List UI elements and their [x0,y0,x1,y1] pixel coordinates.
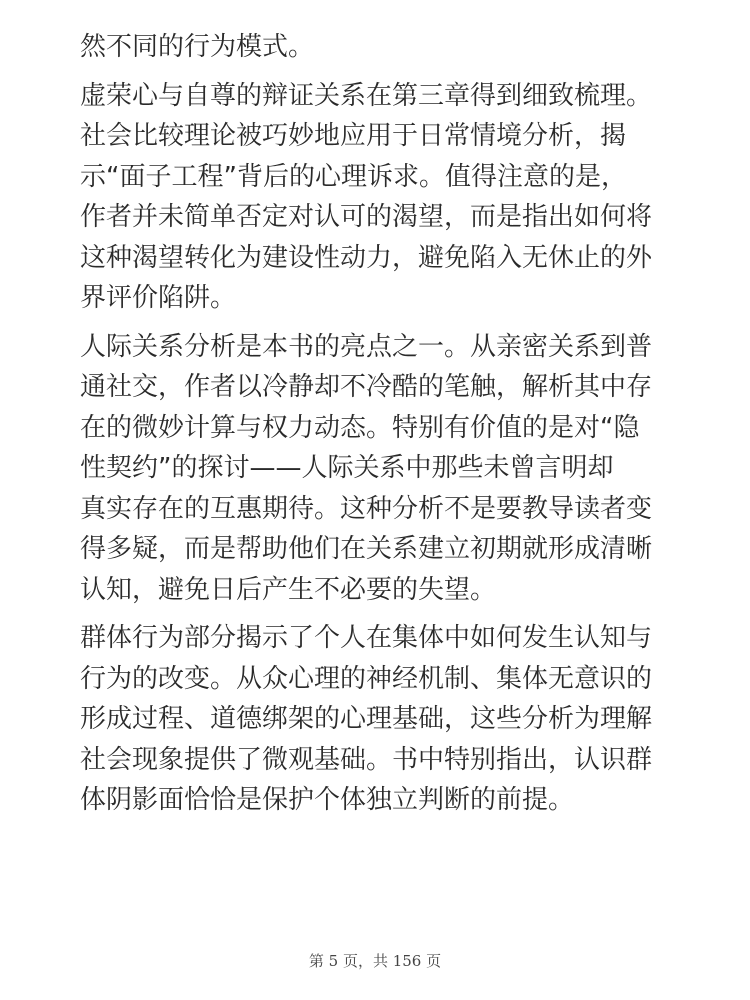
paragraph-interpersonal: 人际关系分析是本书的亮点之一。从亲密关系到普 通社交，作者以冷静却不冷酷的笔触，… [80,327,680,611]
paragraph-vanity-self-esteem: 虚荣心与自尊的辩证关系在第三章得到细致梳理。 社会比较理论被巧妙地应用于日常情境… [80,76,680,319]
text-line: 社会比较理论被巧妙地应用于日常情境分析，揭 [80,116,680,157]
text-line: 形成过程、道德绑架的心理基础，这些分析为理解 [80,699,680,740]
text-line: 性契约”的探讨——人际关系中那些未曾言明却 [80,448,680,489]
text-line: 作者并未简单否定对认可的渴望，而是指出如何将 [80,197,680,238]
text-line: 这种渴望转化为建设性动力，避免陷入无休止的外 [80,238,680,279]
text-line: 虚荣心与自尊的辩证关系在第三章得到细致梳理。 [80,76,680,117]
text-line: 行为的改变。从众心理的神经机制、集体无意识的 [80,659,680,700]
text-line: 示“面子工程”背后的心理诉求。值得注意的是， [80,157,680,198]
text-line: 通社交，作者以冷静却不冷酷的笔触，解析其中存 [80,367,680,408]
text-line: 界评价陷阱。 [80,278,680,319]
text-line: 群体行为部分揭示了个人在集体中如何发生认知与 [80,618,680,659]
paragraph-continuation: 然不同的行为模式。 [80,27,680,68]
text-line: 人际关系分析是本书的亮点之一。从亲密关系到普 [80,327,680,368]
paragraph-group-behavior: 群体行为部分揭示了个人在集体中如何发生认知与 行为的改变。从众心理的神经机制、集… [80,618,680,821]
text-line: 得多疑，而是帮助他们在关系建立初期就形成清晰 [80,529,680,570]
page-number-footer: 第 5 页，共 156 页 [0,950,750,971]
text-line: 体阴影面恰恰是保护个体独立判断的前提。 [80,780,680,821]
text-line: 在的微妙计算与权力动态。特别有价值的是对“隐 [80,408,680,449]
text-line: 认知，避免日后产生不必要的失望。 [80,570,680,611]
text-line: 真实存在的互惠期待。这种分析不是要教导读者变 [80,489,680,530]
text-line: 然不同的行为模式。 [80,27,680,68]
document-body: 然不同的行为模式。 虚荣心与自尊的辩证关系在第三章得到细致梳理。 社会比较理论被… [80,27,680,829]
text-line: 社会现象提供了微观基础。书中特别指出，认识群 [80,740,680,781]
